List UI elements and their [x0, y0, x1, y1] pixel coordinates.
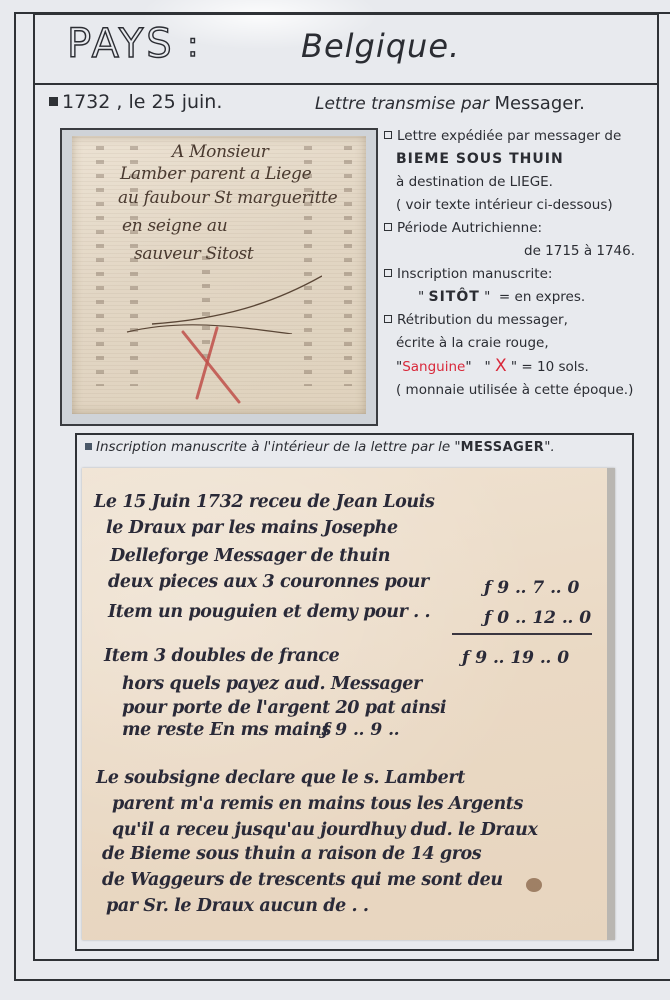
address-line: Lamber parent a Liege: [120, 164, 311, 184]
pays-colon: :: [187, 25, 198, 65]
amount: ƒ 9 ‥ 19 ‥ 0: [462, 648, 569, 668]
address-line: sauveur Sitost: [134, 244, 253, 264]
handwriting-line: pour porte de l'argent 20 pat ainsi: [122, 698, 446, 718]
pays-label: PAYS: [67, 21, 175, 67]
transmission-prefix: Lettre transmise par: [315, 94, 489, 114]
info-line: Inscription manuscrite:: [384, 263, 664, 286]
letter-description: Lettre expédiée par messager de BIEME SO…: [384, 125, 664, 402]
amount: ƒ 0 ‥ 12 ‥ 0: [484, 608, 591, 628]
info-line: Lettre expédiée par messager de: [384, 125, 664, 148]
sum-rule: [452, 633, 592, 635]
sanguine-line: "Sanguine" " X " = 10 sols.: [384, 355, 664, 379]
address-line: en seigne au: [122, 216, 227, 236]
period-range: de 1715 à 1746.: [384, 240, 664, 263]
hollow-square-bullet-icon: [384, 223, 392, 231]
hollow-square-bullet-icon: [384, 131, 392, 139]
show-through-ink: [96, 146, 104, 386]
handwriting-line: Item 3 doubles de france: [104, 646, 339, 666]
amount: ƒ 9 ‥ 7 ‥ 0: [484, 578, 579, 598]
handwriting-line: hors quels payez aud. Messager: [122, 674, 422, 694]
filled-square-bullet-icon: [85, 443, 92, 450]
handwriting-line: de Bieme sous thuin a raison de 14 gros: [102, 844, 481, 864]
filled-square-bullet-icon: [49, 97, 58, 106]
cover-letter-mount: A Monsieur Lamber parent a Liege au faub…: [60, 128, 378, 426]
handwriting-line: me reste En ms mains: [122, 720, 331, 740]
ink-stain: [526, 878, 542, 892]
info-line: Période Autrichienne:: [384, 217, 664, 240]
handwriting-line: par Sr. le Draux aucun de . .: [106, 896, 369, 916]
x-value: = 10 sols.: [521, 359, 588, 375]
sanguine-keyword: Sanguine: [402, 359, 465, 375]
album-page-inner-border: PAYS : Belgique. 1732 , le 25 juin. Lett…: [33, 13, 659, 961]
entry-date-text: 1732 , le 25 juin.: [62, 91, 222, 113]
hollow-square-bullet-icon: [384, 269, 392, 277]
handwriting-line: Le soubsigne declare que le s. Lambert: [96, 768, 465, 788]
handwriting-line: de Waggeurs de trescents qui me sont deu: [102, 870, 503, 890]
address-line: A Monsieur: [172, 142, 269, 162]
handwriting-line: Le 15 Juin 1732 receu de Jean Louis: [94, 492, 434, 512]
destination-line: à destination de LIEGE.: [384, 171, 664, 194]
country-header: PAYS : Belgique.: [35, 15, 657, 85]
address-line: au faubour St margueritte: [118, 188, 337, 208]
sitot-meaning: = en expres.: [499, 289, 585, 305]
amount: ƒ 9 ‥ 9 ‥: [322, 720, 400, 740]
hollow-square-bullet-icon: [384, 315, 392, 323]
interior-heading: Inscription manuscrite à l'intérieur de …: [85, 439, 555, 455]
transmission-note: Lettre transmise par Messager.: [315, 93, 585, 114]
handwriting-line: Item un pouguien et demy pour . .: [108, 602, 430, 622]
show-through-ink: [344, 146, 352, 386]
currency-note: ( monnaie utilisée à cette époque.): [384, 379, 664, 402]
cover-letter-image: A Monsieur Lamber parent a Liege au faub…: [72, 136, 366, 414]
origin-town: BIEME SOUS THUIN: [384, 148, 664, 171]
interior-inscription-panel: Inscription manuscrite à l'intérieur de …: [75, 433, 634, 951]
transmission-mode: Messager.: [494, 93, 584, 114]
entry-date: 1732 , le 25 juin.: [49, 91, 222, 113]
chalk-note: écrite à la craie rouge,: [384, 332, 664, 355]
info-line: Rétribution du messager,: [384, 309, 664, 332]
see-interior-note: ( voir texte intérieur ci-dessous): [384, 194, 664, 217]
flourish-stroke: [122, 264, 322, 334]
handwriting-line: parent m'a remis en mains tous les Argen…: [112, 794, 523, 814]
country-name: Belgique.: [301, 27, 460, 65]
handwriting-line: qu'il a receu jusqu'au jourdhuy dud. le …: [112, 820, 538, 840]
interior-letter-image: Le 15 Juin 1732 receu de Jean Louis le D…: [82, 468, 615, 940]
red-chalk-x-mark-icon: [177, 326, 247, 406]
handwriting-line: le Draux par les mains Josephe: [106, 518, 398, 538]
sitot-line: " SITÔT " = en expres.: [384, 286, 664, 309]
messager-keyword: MESSAGER: [461, 440, 545, 455]
x-mark: X: [495, 356, 507, 376]
sitot-keyword: SITÔT: [429, 289, 480, 305]
handwriting-line: Delleforge Messager de thuin: [110, 546, 390, 566]
handwriting-line: deux pieces aux 3 couronnes pour: [108, 572, 429, 592]
